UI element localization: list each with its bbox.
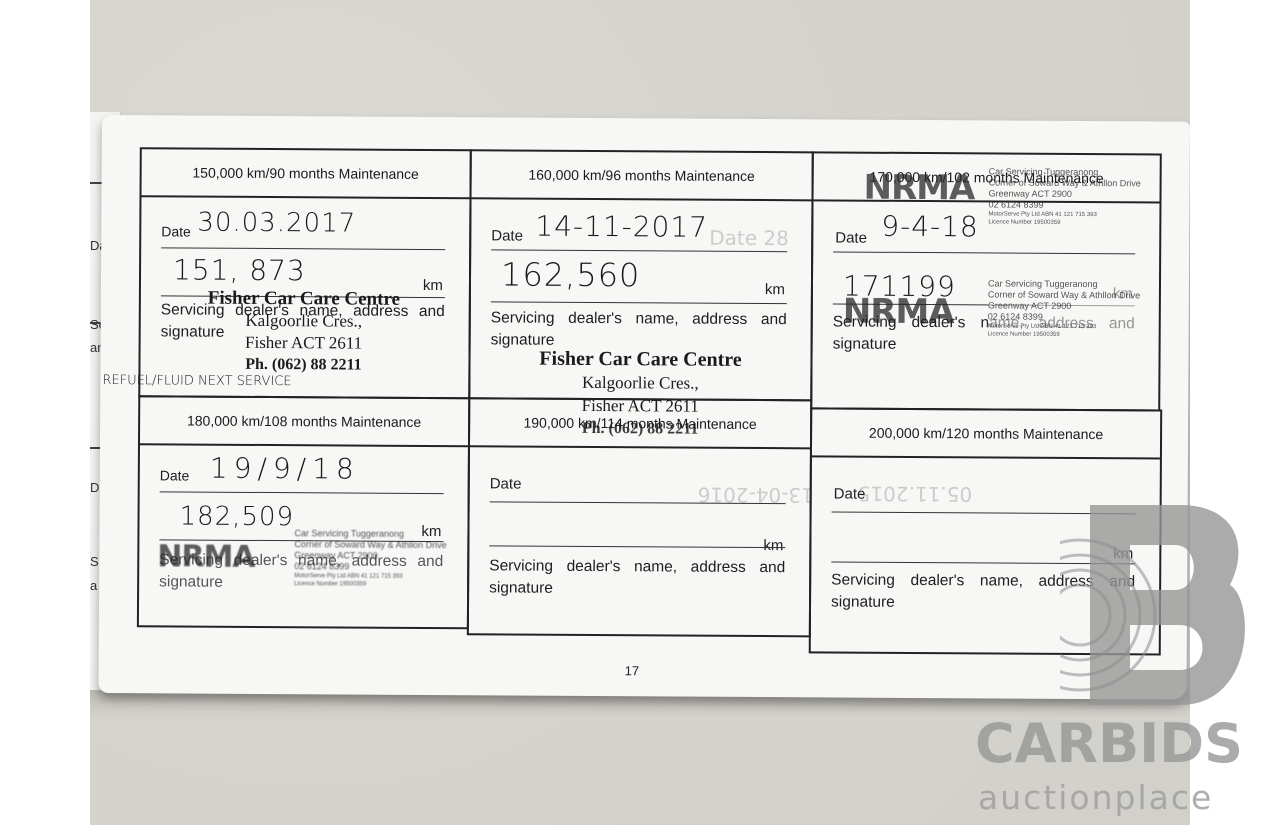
service-grid: Date 28 05.11.2015 13-04-2016 150,000 km…	[137, 147, 1160, 633]
km-label: km	[763, 537, 783, 554]
nrma-stamp-top: Car Servicing Tuggeranong Corner of Sowa…	[988, 166, 1141, 227]
date-label: Date	[160, 467, 190, 483]
odometer-value[interactable]: 151, 873	[173, 253, 306, 287]
stamp-line: Car Servicing Tuggeranong	[294, 528, 446, 540]
stamp-fine-print: Licence Number 19500359	[988, 218, 1140, 227]
stamp-fine-print: Licence Number 19500359	[988, 330, 1140, 339]
logbook-page: Date 28 05.11.2015 13-04-2016 150,000 km…	[98, 115, 1190, 700]
dealer-label: Servicing dealer's name, address and sig…	[489, 555, 785, 601]
date-label: Date	[490, 475, 522, 492]
stamp-line: Fisher ACT 2611	[159, 331, 449, 355]
odometer-value[interactable]: 162,560	[501, 255, 641, 294]
stamp-line: Corner of Soward Way & Athllon Drive	[294, 539, 446, 551]
side-fragment: S	[90, 554, 99, 569]
stamp-fine-print: Licence Number 19500359	[294, 580, 446, 589]
stamp-line: Greenway ACT 2900	[988, 300, 1140, 312]
dealer-stamp: Fisher Car Care Centre Kalgoorlie Cres.,…	[158, 287, 449, 377]
watermark-tagline: auctionplace	[978, 778, 1213, 817]
date-value[interactable]: 9-4-18	[881, 210, 979, 244]
nrma-stamp: Car Servicing Tuggeranong Corner of Sowa…	[988, 278, 1141, 339]
km-line	[491, 301, 787, 304]
date-line	[160, 491, 444, 494]
date-line	[491, 249, 787, 252]
nrma-stamp: Car Servicing Tuggeranong Corner of Sowa…	[294, 528, 447, 589]
stamp-line: 02 6124 8399	[294, 561, 446, 573]
service-entry-160000: 160,000 km/96 months Maintenance Date 14…	[468, 149, 814, 401]
stamp-line: Greenway ACT 2900	[294, 550, 446, 562]
stamp-line: Car Servicing Tuggeranong	[988, 278, 1140, 290]
service-entry-170000: 170,000 km/102 months Maintenance NRMA C…	[810, 151, 1162, 411]
date-label: Date	[161, 223, 191, 239]
side-fragment: a	[90, 578, 97, 593]
entry-heading: 160,000 km/96 months Maintenance	[471, 151, 811, 201]
dealer-label: Servicing dealer's name, address and sig…	[491, 307, 787, 353]
watermark-brand: CARBIDS	[975, 712, 1243, 775]
handwritten-note: REFUEL/FLUID NEXT SERVICE	[102, 373, 291, 389]
stamp-line: 02 6124 8399	[988, 311, 1140, 323]
km-line[interactable]	[489, 545, 785, 548]
entry-heading: 150,000 km/90 months Maintenance	[141, 149, 469, 199]
date-label: Date	[835, 229, 867, 246]
entry-heading: 180,000 km/108 months Maintenance	[140, 397, 468, 447]
odometer-value[interactable]: 182,509	[179, 501, 294, 532]
stamp-line: Kalgoorlie Cres.,	[159, 309, 449, 333]
date-label: Date	[491, 227, 523, 244]
date-line	[161, 247, 445, 250]
stamp-line: 02 6124 8399	[988, 199, 1140, 211]
date-label: Date	[834, 485, 866, 502]
entry-heading: 200,000 km/120 months Maintenance	[812, 409, 1160, 459]
date-value[interactable]: 14-11-2017	[535, 210, 708, 244]
entry-heading: 190,000 km/114 months Maintenance	[470, 399, 810, 449]
photo-background: Da Se ar D S a Date 28 05.11.2015 13-04-…	[90, 0, 1190, 825]
service-entry-180000: 180,000 km/108 months Maintenance Date 1…	[137, 395, 470, 629]
service-entry-190000: 190,000 km/114 months Maintenance Date k…	[467, 397, 812, 637]
service-entry-150000: 150,000 km/90 months Maintenance Date 30…	[138, 147, 472, 399]
stamp-line: Corner of Soward Way & Athllon Drive	[989, 177, 1141, 189]
date-value[interactable]: 19/9/18	[210, 452, 360, 486]
nrma-logo: NRMA	[863, 168, 974, 209]
stamp-line: Car Servicing Tuggeranong	[989, 166, 1141, 178]
stamp-name: Fisher Car Care Centre	[490, 347, 790, 372]
page-number: 17	[625, 663, 640, 678]
stamp-name: Fisher Car Care Centre	[159, 287, 449, 311]
stamp-line: Corner of Soward Way & Athllon Drive	[988, 289, 1140, 301]
stamp-line: Greenway ACT 2900	[989, 188, 1141, 200]
date-line	[833, 251, 1135, 254]
carbids-monogram-icon	[1060, 505, 1255, 705]
km-label: km	[765, 281, 785, 298]
side-fragment: D	[90, 480, 99, 495]
date-value[interactable]: 30.03.2017	[197, 208, 356, 239]
date-line[interactable]	[490, 501, 786, 504]
stamp-line: Kalgoorlie Cres.,	[490, 370, 790, 395]
